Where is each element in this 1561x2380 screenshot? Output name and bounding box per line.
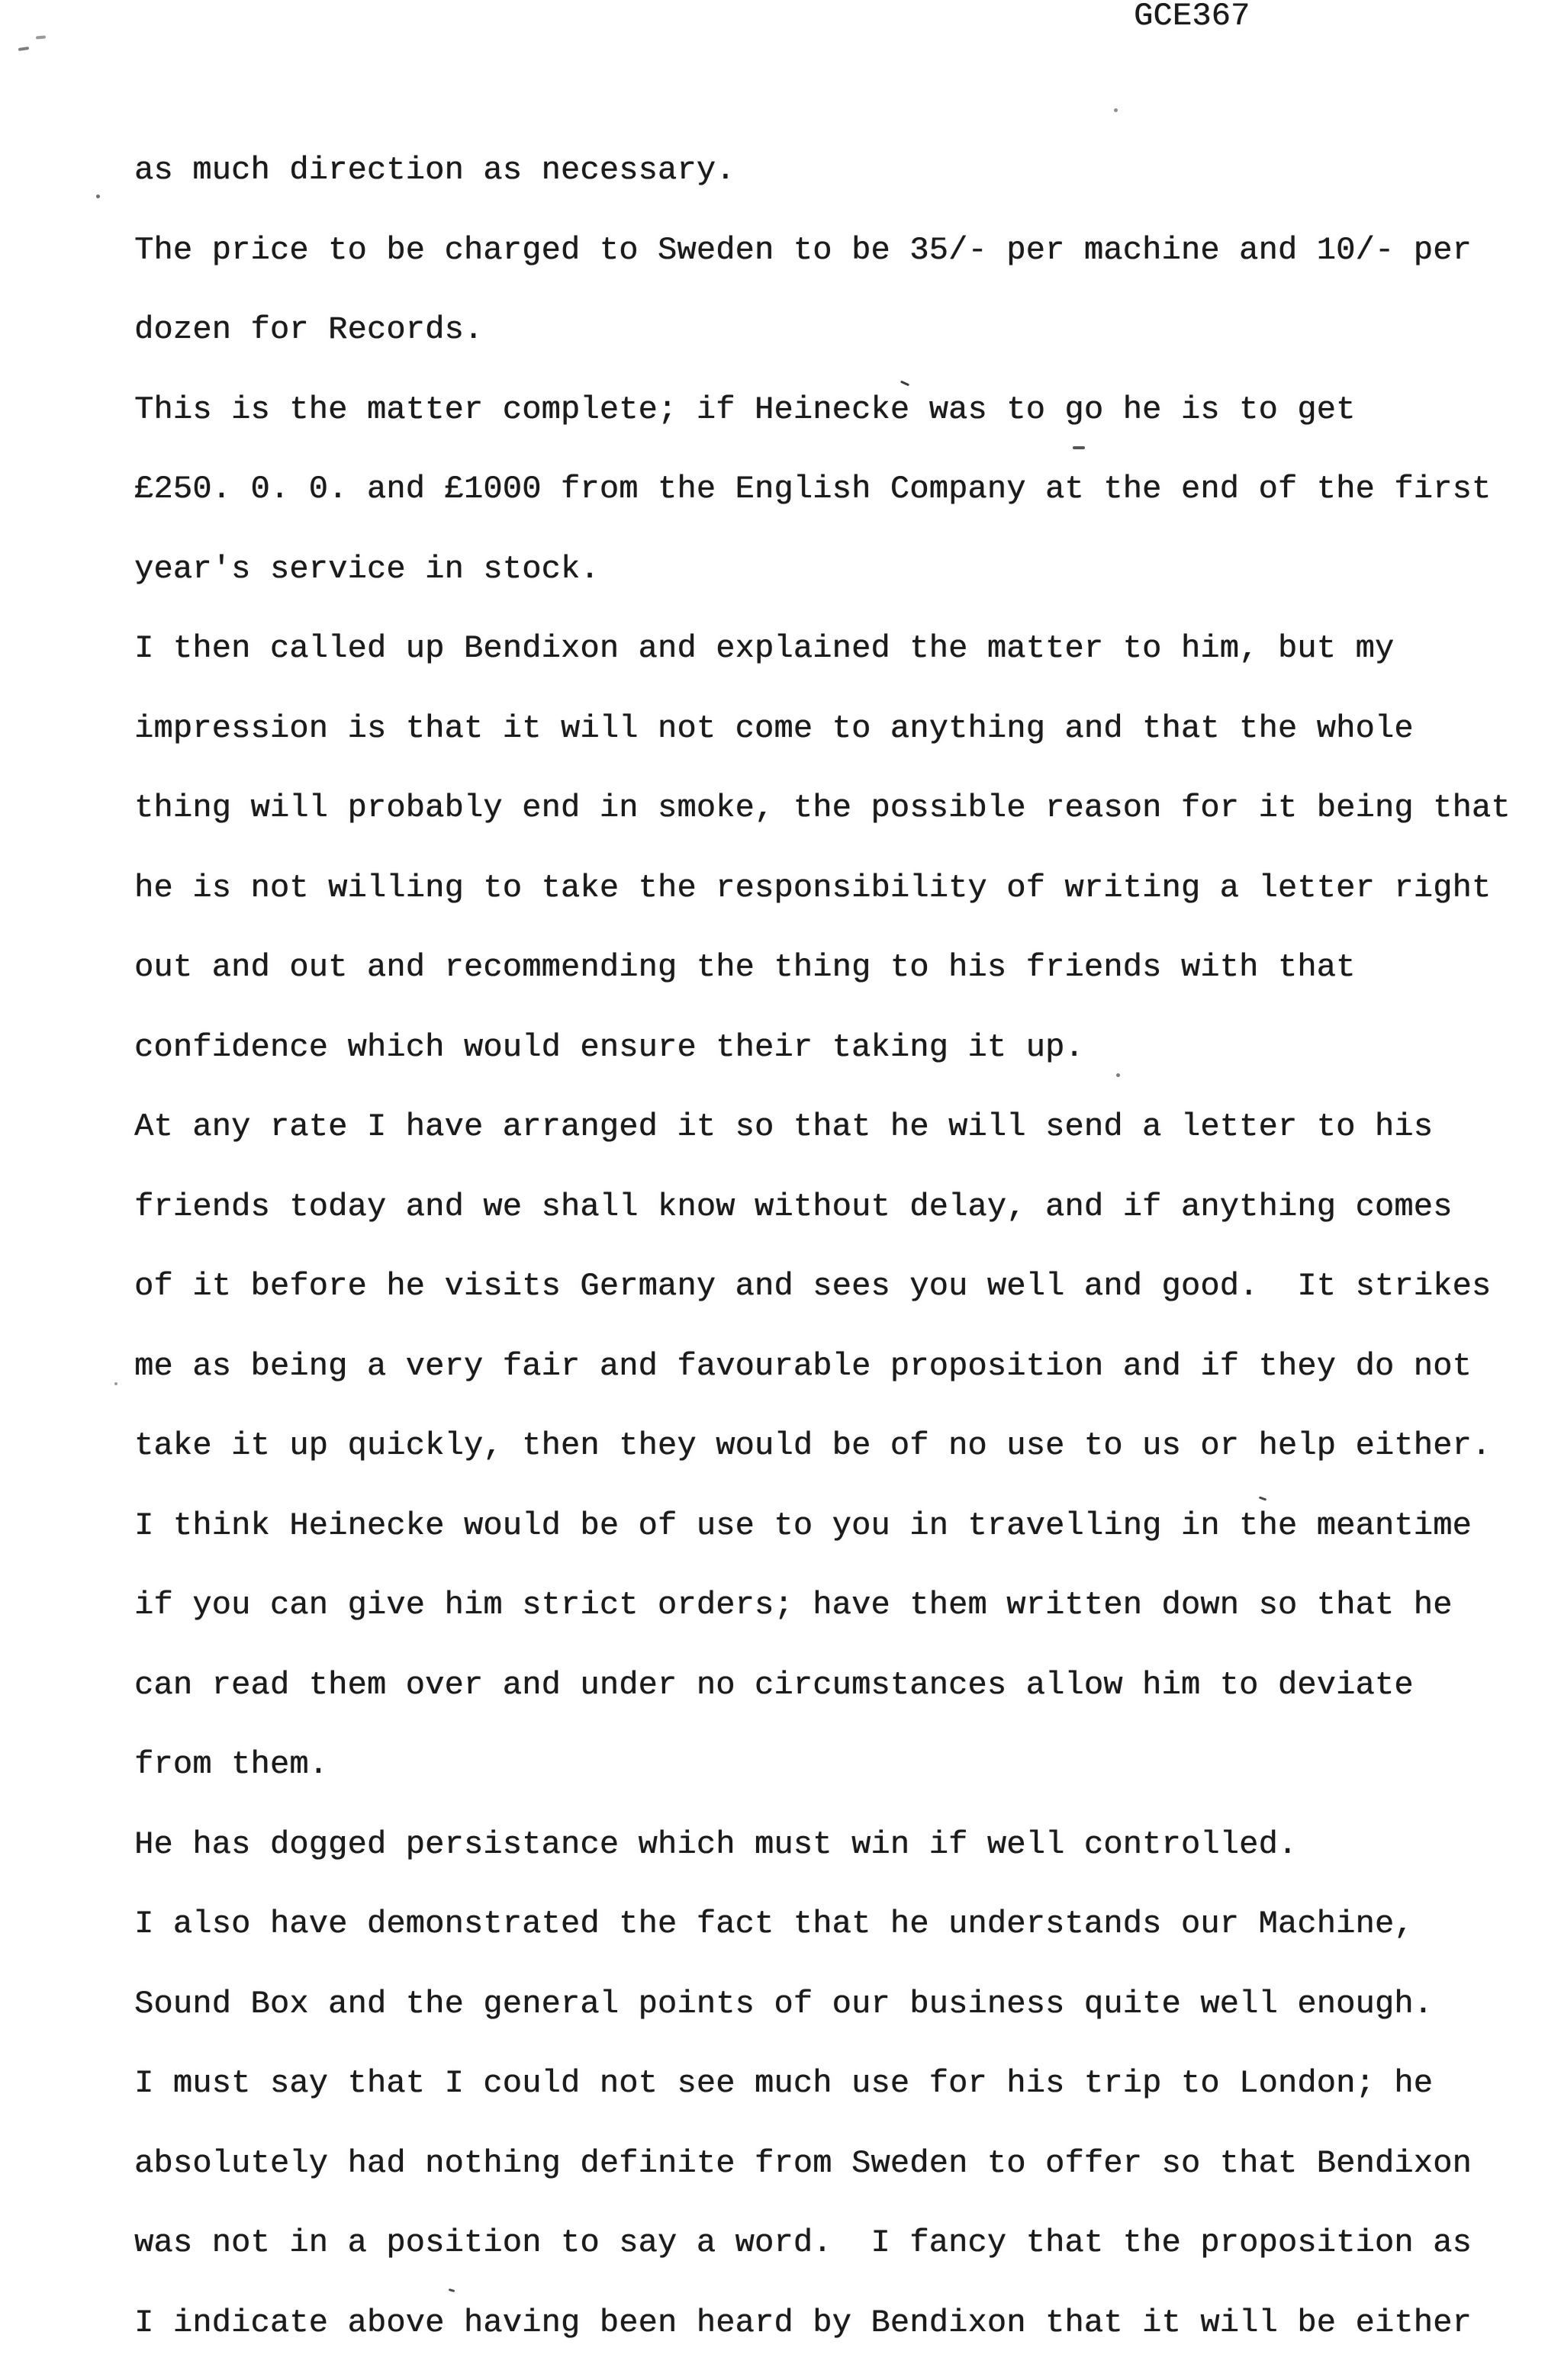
- text-line: take it up quickly, then they would be o…: [134, 1428, 1553, 1508]
- letter-body: as much direction as necessary.The price…: [134, 153, 1553, 2380]
- scan-artifact: [1073, 446, 1085, 449]
- scan-artifact: [96, 195, 100, 198]
- text-line: was not in a position to say a word. I f…: [134, 2225, 1553, 2305]
- text-line: thing will probably end in smoke, the po…: [134, 790, 1553, 870]
- text-line: The price to be charged to Sweden to be …: [134, 233, 1553, 313]
- text-line: At any rate I have arranged it so that h…: [134, 1109, 1553, 1189]
- scan-artifact: [114, 1382, 117, 1385]
- text-line: I indicate above having been heard by Be…: [134, 2305, 1553, 2380]
- text-line: He has dogged persistance which must win…: [134, 1827, 1553, 1907]
- scanned-letter-page: GCE367 as much direction as necessary.Th…: [0, 0, 1561, 2380]
- text-line: he is not willing to take the responsibi…: [134, 870, 1553, 950]
- text-line: I think Heinecke would be of use to you …: [134, 1508, 1553, 1588]
- document-reference-code: GCE367: [1134, 0, 1250, 34]
- text-line: Sound Box and the general points of our …: [134, 1986, 1553, 2066]
- scan-artifact: [36, 35, 46, 39]
- scan-artifact: [1114, 108, 1118, 112]
- text-line: out and out and recommending the thing t…: [134, 950, 1553, 1030]
- text-line: I then called up Bendixon and explained …: [134, 631, 1553, 711]
- text-line: as much direction as necessary.: [134, 153, 1553, 233]
- scan-artifact: [18, 47, 29, 51]
- text-line: I must say that I could not see much use…: [134, 2066, 1553, 2146]
- text-line: if you can give him strict orders; have …: [134, 1587, 1553, 1668]
- text-line: dozen for Records.: [134, 312, 1553, 392]
- text-line: year's service in stock.: [134, 552, 1553, 632]
- text-line: me as being a very fair and favourable p…: [134, 1349, 1553, 1429]
- text-line: of it before he visits Germany and sees …: [134, 1269, 1553, 1349]
- text-line: £250. 0. 0. and £1000 from the English C…: [134, 471, 1553, 552]
- text-line: This is the matter complete; if Heinecke…: [134, 392, 1553, 472]
- text-line: friends today and we shall know without …: [134, 1189, 1553, 1269]
- scan-artifact: [1116, 1073, 1120, 1077]
- text-line: I also have demonstrated the fact that h…: [134, 1906, 1553, 1986]
- text-line: impression is that it will not come to a…: [134, 711, 1553, 791]
- text-line: can read them over and under no circumst…: [134, 1668, 1553, 1748]
- text-line: from them.: [134, 1747, 1553, 1827]
- text-line: absolutely had nothing definite from Swe…: [134, 2146, 1553, 2226]
- text-line: confidence which would ensure their taki…: [134, 1030, 1553, 1110]
